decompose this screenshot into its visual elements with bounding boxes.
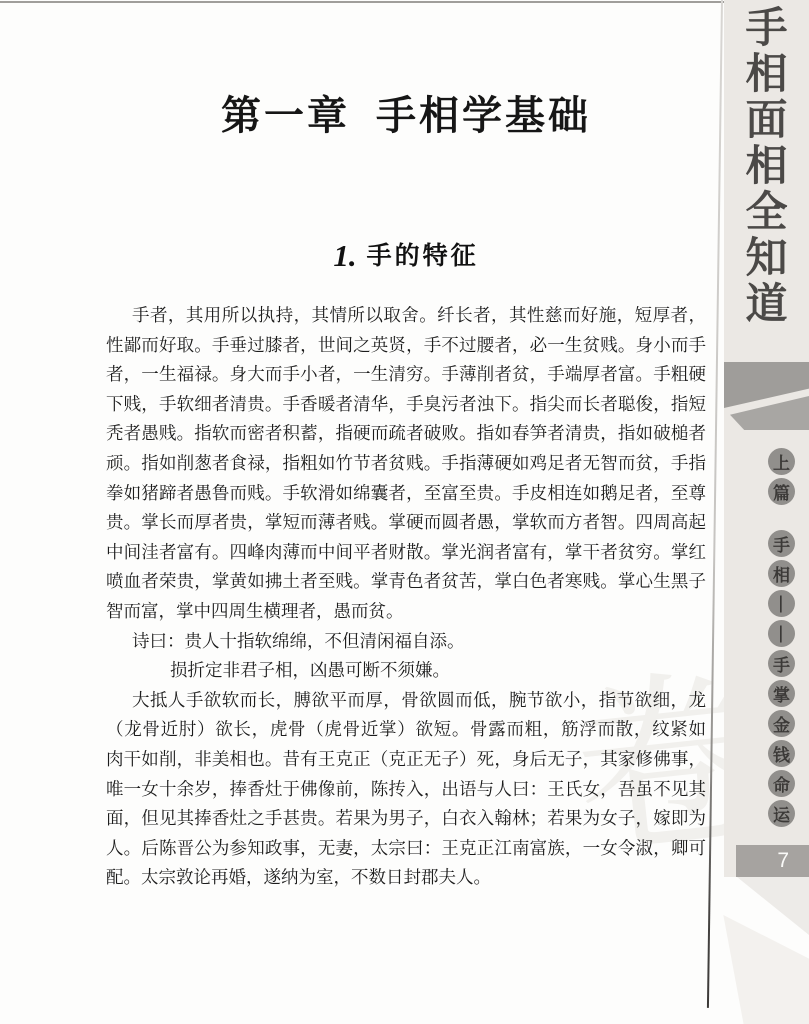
section-number: 1. bbox=[333, 238, 356, 273]
chapter-label: 第一章 bbox=[221, 94, 350, 138]
vertical-dash-character: — bbox=[772, 625, 792, 642]
page-edge-scan-line bbox=[707, 0, 723, 1008]
page-number: 7 bbox=[736, 845, 809, 877]
body-text-line: 喷血者荣贵，掌黄如拂土者至贱。掌青色者贫苦，掌白色者寒贱。掌心生黑子者 bbox=[106, 567, 706, 597]
part-label-circle: 篇 bbox=[768, 478, 795, 505]
sidebar-light-wedge bbox=[737, 877, 809, 935]
body-text-line: 肉干如削，非美相也。昔有王克正（克正无子）死，身后无子，其家修佛事， bbox=[106, 745, 706, 775]
book-title-character: 面 bbox=[745, 98, 787, 144]
vertical-dash-character: — bbox=[772, 595, 792, 612]
body-text-line: 贵。掌长而厚者贵，掌短而薄者贱。掌硬而圆者愚，掌软而方者智。四周高起而 bbox=[106, 508, 706, 538]
body-text-line: 诗曰：贵人十指软绵绵，不但清闲福自添。 bbox=[106, 627, 706, 657]
part-title-circle: 命 bbox=[768, 770, 795, 797]
body-text-line: 唯一女十余岁，捧香灶于佛像前，陈抟入，出语与人曰：王氏女，吾虽不见其 bbox=[106, 775, 706, 805]
book-title-character: 相 bbox=[745, 52, 787, 98]
scanned-book-page: 第一章手相学基础 1.手的特征 卷 手者，其用所以执持，其情所以取舍。纤长者，其… bbox=[0, 0, 809, 1024]
body-text-line: 智而富，掌中四周生横理者，愚而贫。 bbox=[106, 597, 706, 627]
part-title-circle: 金 bbox=[768, 710, 795, 737]
book-title-character: 知 bbox=[745, 236, 787, 282]
body-text-line: 下贱，手软细者清贵。手香暖者清华，手臭污者浊下。指尖而长者聪俊，指短而 bbox=[106, 390, 706, 420]
body-text-line: 性鄙而好取。手垂过膝者，世间之英贤，手不过腰者，必一生贫贱。身小而手大 bbox=[106, 331, 706, 361]
book-title-character: 手 bbox=[745, 6, 787, 52]
chapter-heading: 第一章手相学基础 bbox=[106, 84, 706, 141]
body-text-line: 人。后陈晋公为参知政事，无妻，太宗曰：王克正江南富族，一女令淑，卿可作 bbox=[106, 834, 706, 864]
book-title-character: 全 bbox=[745, 190, 787, 236]
section-heading: 1.手的特征 bbox=[106, 236, 706, 274]
part-title-circles: 手相——手掌金钱命运 bbox=[768, 530, 795, 827]
part-title-circle: 运 bbox=[768, 800, 795, 827]
body-text-line: （龙骨近肘）欲长，虎骨（虎骨近掌）欲短。骨露而粗，筋浮而散，纹紧如夹， bbox=[106, 715, 706, 745]
body-text-line: 配。太宗敦论再婚，遂纳为室，不数日封郡夫人。 bbox=[106, 863, 706, 893]
part-title-circle: — bbox=[768, 590, 795, 617]
part-title-circle: — bbox=[768, 620, 795, 647]
part-label-circles: 上篇 bbox=[768, 448, 795, 505]
page-number-block: 7 bbox=[736, 845, 809, 877]
part-label-circle: 上 bbox=[768, 448, 795, 475]
book-title-character: 道 bbox=[745, 282, 787, 328]
body-text-line: 损折定非君子相，凶愚可断不须嫌。 bbox=[106, 656, 706, 686]
part-title-circle: 钱 bbox=[768, 740, 795, 767]
book-title-vertical: 手相面相全知道 bbox=[724, 6, 809, 328]
body-text-line: 秃者愚贱。指软而密者积蓄，指硬而疏者破败。指如春笋者清贵，指如破槌者愚 bbox=[106, 419, 706, 449]
chapter-title: 手相学基础 bbox=[376, 94, 591, 138]
body-text-line: 者，一生福禄。身大而手小者，一生清穷。手薄削者贫，手端厚者富。手粗硬者 bbox=[106, 360, 706, 390]
body-text-line: 手者，其用所以执持，其情所以取舍。纤长者，其性慈而好施，短厚者，其 bbox=[106, 301, 706, 331]
body-text-line: 中间洼者富有。四峰肉薄而中间平者财散。掌光润者富有，掌干者贫穷。掌红如 bbox=[106, 538, 706, 568]
book-title-character: 相 bbox=[745, 144, 787, 190]
body-text-line: 拳如猪蹄者愚鲁而贱。手软滑如绵囊者，至富至贵。手皮相连如鹅足者，至尊至 bbox=[106, 479, 706, 509]
body-text-line: 顽。指如削葱者食禄，指粗如竹节者贫贱。手指薄硬如鸡足者无智而贫，手指握 bbox=[106, 449, 706, 479]
body-text-line: 面，但见其捧香灶之手甚贵。若果为男子，白衣入翰林；若果为女子，嫁即为夫 bbox=[106, 804, 706, 834]
part-title-circle: 手 bbox=[768, 650, 795, 677]
scan-top-edge-line bbox=[0, 1, 809, 3]
part-title-circle: 手 bbox=[768, 530, 795, 557]
part-title-circle: 掌 bbox=[768, 680, 795, 707]
part-title-circle: 相 bbox=[768, 560, 795, 587]
body-text-line: 大抵人手欲软而长，膊欲平而厚，骨欲圆而低，腕节欲小，指节欲细，龙骨 bbox=[106, 686, 706, 716]
section-title: 手的特征 bbox=[367, 242, 479, 270]
body-text-block: 手者，其用所以执持，其情所以取舍。纤长者，其性慈而好施，短厚者，其性鄙而好取。手… bbox=[106, 301, 706, 893]
